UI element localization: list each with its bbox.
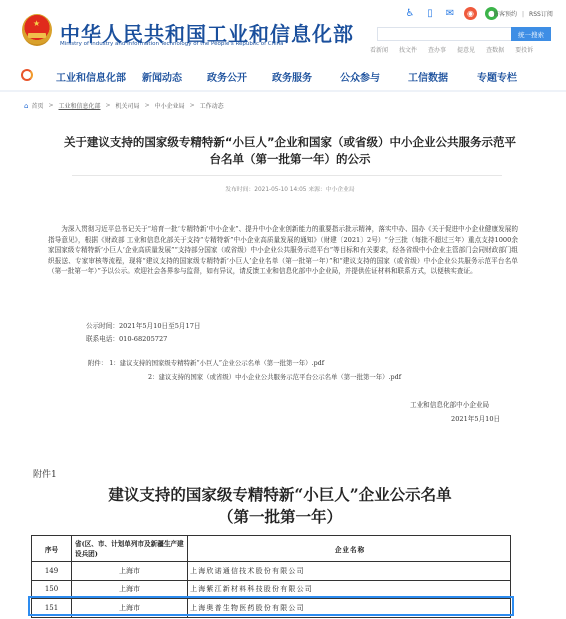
document-title: 建议支持的国家级专精特新“小巨人”企业公示名单 （第一批第一年）: [20, 484, 540, 528]
main-nav: 工业和信息化部 新闻动态 政务公开 政务服务 公众参与 工信数据 专题专栏: [0, 60, 566, 92]
breadcrumb-work-news[interactable]: 工作动态: [200, 101, 224, 110]
title-divider: [72, 175, 502, 176]
nav-item-gov-affairs-open[interactable]: 政务公开: [207, 69, 247, 84]
column-header-number: 序号: [32, 536, 72, 562]
emblem-base: [28, 33, 46, 38]
quick-link-services[interactable]: 查办事: [428, 45, 446, 54]
breadcrumb-separator: >: [48, 102, 53, 109]
nav-item-special-topics[interactable]: 专题专栏: [477, 69, 517, 84]
table-header-row: 序号 省(区、市、计划单列市及新疆生产建设兵团) 企业名称: [32, 536, 511, 562]
signature-date: 2021年5月10日: [451, 413, 500, 423]
visitor-appointment-link[interactable]: 访客预约: [493, 11, 517, 18]
quick-link-files[interactable]: 找文件: [399, 45, 417, 54]
breadcrumb-separator: >: [190, 102, 195, 109]
cell-number: 149: [32, 562, 72, 581]
breadcrumb-home[interactable]: 首页: [31, 101, 43, 110]
cell-province: 上海市: [72, 580, 188, 599]
column-header-province: 省(区、市、计划单列市及新疆生产建设兵团): [72, 536, 188, 562]
breadcrumb-departments[interactable]: 机关司局: [116, 101, 140, 110]
attachment-2: 2：建议支持的国家（或省级）中小企业公共服务示范平台公示名单（第一批第一年）.p…: [148, 372, 401, 381]
cell-company: 上海欣诺通信技术股份有限公司: [188, 562, 511, 581]
search-input[interactable]: [377, 27, 512, 41]
attachment-2-link[interactable]: 2：建议支持的国家（或省级）中小企业公共服务示范平台公示名单（第一批第一年）.p…: [148, 373, 401, 381]
nav-item-data[interactable]: 工信数据: [408, 69, 448, 84]
attachments: 附件： 1：建议支持的国家级专精特新“小巨人”企业公示名单（第一批第一年）.pd…: [88, 358, 324, 367]
quick-link-news[interactable]: 看新闻: [370, 45, 388, 54]
breadcrumb: ⌂ 首页 > 工业和信息化部 > 机关司局 > 中小企业局 > 工作动态: [24, 101, 224, 110]
cell-company: 上海紫江新材料科技股份有限公司: [188, 580, 511, 599]
article-title: 关于建议支持的国家级专精特新“小巨人”企业和国家（或省级）中小企业公共服务示范平…: [60, 134, 520, 168]
home-icon[interactable]: ⌂: [24, 102, 28, 110]
breadcrumb-miit[interactable]: 工业和信息化部: [59, 101, 101, 110]
top-icon-bar: ♿ ▯ ✉ ◉ ●: [404, 7, 498, 20]
divider: |: [522, 11, 524, 18]
mail-icon[interactable]: ✉: [444, 8, 456, 20]
document-title-line2: （第一批第一年）: [20, 506, 540, 528]
nav-item-news[interactable]: 新闻动态: [142, 69, 182, 84]
weibo-icon[interactable]: ◉: [464, 7, 477, 20]
star-icon: ★: [33, 20, 41, 28]
breadcrumb-separator: >: [145, 102, 150, 109]
mobile-icon[interactable]: ▯: [424, 8, 436, 20]
site-header: ★ 中华人民共和国工业和信息化部 Ministry of Industry an…: [0, 0, 566, 60]
quick-link-data[interactable]: 查数据: [486, 45, 504, 54]
nav-item-gov-services[interactable]: 政务服务: [272, 69, 312, 84]
signature: 工业和信息化部中小企业局: [410, 399, 489, 409]
contact-phone: 联系电话：010-68205727: [86, 333, 167, 343]
breadcrumb-sme-bureau[interactable]: 中小企业局: [155, 101, 185, 110]
document-label: 附件1: [33, 467, 57, 480]
cell-province: 上海市: [72, 562, 188, 581]
table-row: 150 上海市 上海紫江新材料科技股份有限公司: [32, 580, 511, 599]
attachments-label: 附件：: [88, 359, 107, 367]
quick-link-feedback[interactable]: 提意见: [457, 45, 475, 54]
miit-logo-icon[interactable]: [21, 69, 33, 81]
cell-number: 151: [32, 599, 72, 618]
cell-company: 上海奥普生物医药股份有限公司: [188, 599, 511, 618]
company-list-table: 序号 省(区、市、计划单列市及新疆生产建设兵团) 企业名称 149 上海市 上海…: [31, 535, 511, 618]
accessibility-icon[interactable]: ♿: [404, 8, 416, 20]
nav-item-public-participation[interactable]: 公众参与: [340, 69, 380, 84]
nav-item-miit[interactable]: 工业和信息化部: [56, 69, 126, 84]
cell-province: 上海市: [72, 599, 188, 618]
national-emblem-logo[interactable]: ★: [22, 14, 52, 46]
quick-link-complaint[interactable]: 要投诉: [515, 45, 533, 54]
cell-number: 150: [32, 580, 72, 599]
rss-link[interactable]: RSS订阅: [529, 11, 553, 18]
column-header-company: 企业名称: [188, 536, 511, 562]
site-subtitle: Ministry of Industry and Information Tec…: [60, 41, 283, 47]
publicity-period: 公示时间：2021年5月10日至5月17日: [86, 320, 200, 330]
top-links: 访客预约|RSS订阅: [493, 9, 553, 18]
breadcrumb-separator: >: [106, 102, 111, 109]
attachment-1-link[interactable]: 1：建议支持的国家级专精特新“小巨人”企业公示名单（第一批第一年）.pdf: [109, 359, 324, 367]
unified-search-button[interactable]: 统一搜索: [511, 27, 551, 41]
article-meta: 发布时间：2021-05-10 14:05 来源：中小企业局: [60, 184, 520, 193]
table-row: 149 上海市 上海欣诺通信技术股份有限公司: [32, 562, 511, 581]
document-title-line1: 建议支持的国家级专精特新“小巨人”企业公示名单: [20, 484, 540, 506]
table-row-highlighted: 151 上海市 上海奥普生物医药股份有限公司: [32, 599, 511, 618]
quick-links: 看新闻 找文件 查办事 提意见 查数据 要投诉: [370, 45, 533, 54]
article-body: 为深入贯彻习近平总书记关于“培育一批‘专精特新’中小企业”、提升中小企业创新能力…: [48, 224, 518, 277]
